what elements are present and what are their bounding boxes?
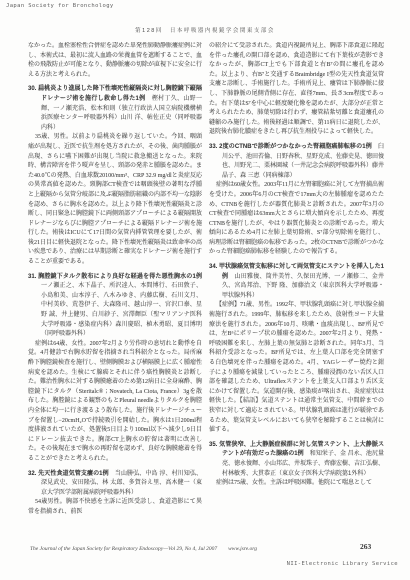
abstract-heading: 33. 2度のCTNBで診断がつかなかった腎細胞癌肺転移の1例 臼川公平、池田苔… bbox=[209, 143, 384, 181]
abstract-number: 30. bbox=[28, 86, 36, 92]
running-head: 第128回 日本呼吸器内視鏡学会関東支部会 bbox=[0, 26, 410, 34]
abstract-authors: 山田雅俊、筒井美竹、久保田光博、一ノ瀬修二、金井 久、宮島邦治、下野 隆、加藤治… bbox=[222, 274, 384, 299]
abstract-title: 先天性食道気管支瘻の1例 bbox=[38, 471, 109, 477]
abstract-31: 31. 胸腔鏡下タルク散布により良好な経過を得た悪性胸水の1例 一ノ瀬正之、木下… bbox=[28, 273, 202, 465]
abstract-heading: 31. 胸腔鏡下タルク散布により良好な経過を得た悪性胸水の1例 一ノ瀬正之、木下… bbox=[28, 273, 202, 340]
page-number: 263 bbox=[360, 542, 371, 551]
abstract-body: 54歳男性。胸部不快感を主訴に近医受診し、食道造影にて異常を指摘され、前医 bbox=[28, 498, 202, 517]
abstract-heading: 34. 甲状腺癌気管支転移に対して両気管支にステントを挿入した1例 山田雅俊、筒… bbox=[209, 263, 384, 301]
abstract-title: 2度のCTNBで診断がつかなかった腎細胞癌肺転移の1例 bbox=[219, 144, 372, 150]
abstract-35: 35. 気管狭窄、上大静脈症候群に対し気管ステント、上大静脈ステントが有効だった… bbox=[209, 441, 384, 489]
library-header-label: Japan Society for Bronchology bbox=[6, 3, 114, 9]
abstract-34: 34. 甲状腺癌気管支転移に対して両気管支にステントを挿入した1例 山田雅俊、筒… bbox=[209, 263, 384, 436]
abstract-heading: 35. 気管狭窄、上大静脈症候群に対し気管ステント、上大静脈ステントが有効だった… bbox=[209, 441, 384, 479]
abstract-number: 35. bbox=[209, 442, 217, 448]
abstract-body: 症例は60歳女性。2003年11月に左腎細胞癌に対して左腎摘出術を受けた。200… bbox=[209, 181, 384, 258]
abstract-number: 34. bbox=[209, 264, 217, 270]
abstract-30: 30. 扁桃炎より進展した降下性壊死性縦隔炎に対し胸腔鏡下縦隔ドレナージ術を施行… bbox=[28, 85, 202, 267]
abstract-number: 31. bbox=[28, 274, 36, 280]
left-column: なかった。血栓塞栓性合併症を認めた単発性肺動静脈瘻症例に対し、本術式は、最初に流… bbox=[28, 42, 202, 536]
abstract-33: 33. 2度のCTNBで診断がつかなかった腎細胞癌肺転移の1例 臼川公平、池田苔… bbox=[209, 143, 384, 258]
abstract-32: 32. 先天性食道気管支瘻の1例 当山勝弘、中島 淳、村川知弘、深見武史、安田隆… bbox=[28, 470, 202, 518]
abstract-heading: 30. 扁桃炎より進展した降下性壊死性縦隔炎に対し胸腔鏡下縦隔ドレナージ術を施行… bbox=[28, 85, 202, 133]
nii-library-service-label: NII-Electronic Library Service bbox=[287, 561, 398, 567]
abstract-body: 症例は64歳、女性。2007年2月より労作時の息切れと動悸を自覚。4月健診で右胸… bbox=[28, 340, 202, 465]
journal-footer-line: The Journal of the Japan Society for Res… bbox=[30, 544, 330, 552]
abstract-body: 35歳、男性。以前より扁桃炎を繰り返していた。今回、咽頭痛が出現し、近医で抗生剤… bbox=[28, 133, 202, 267]
abstract-body: 症例は75歳、女性。主訴は呼吸困難。他院にて喘息として bbox=[209, 479, 384, 489]
scanned-journal-page: Japan Society for Bronchology 第128回 日本呼吸… bbox=[0, 0, 410, 580]
abstract-number: 33. bbox=[209, 144, 217, 150]
abstract-authors: 一ノ瀬正之、木下晶子、所沢達人、本間博行、石田敦子、小島和美、山本淳子、八木みゆ… bbox=[41, 283, 202, 337]
right-column: の紹介にて受診された。食道内視鏡所見上、胸部下部食道に隆起を伴った瘻孔の開口部を… bbox=[209, 42, 384, 536]
continuation-paragraph: の紹介にて受診された。食道内視鏡所見上、胸部下部食道に隆起を伴った瘻孔の開口部を… bbox=[209, 42, 384, 138]
abstract-number: 32. bbox=[28, 471, 36, 477]
abstract-title: 胸腔鏡下タルク散布により良好な経過を得た悪性胸水の1例 bbox=[38, 274, 202, 280]
abstract-heading: 32. 先天性食道気管支瘻の1例 当山勝弘、中島 淳、村川知弘、深見武史、安田隆… bbox=[28, 470, 202, 499]
continuation-paragraph: なかった。血栓塞栓性合併症を認めた単発性肺動静脈瘻症例に対し、本術式は、最初に流… bbox=[28, 42, 202, 80]
abstract-body: 【症例】71歳、男性。1992年、甲状腺乳頭癌に対し甲状腺全摘術施行された。19… bbox=[209, 301, 384, 435]
